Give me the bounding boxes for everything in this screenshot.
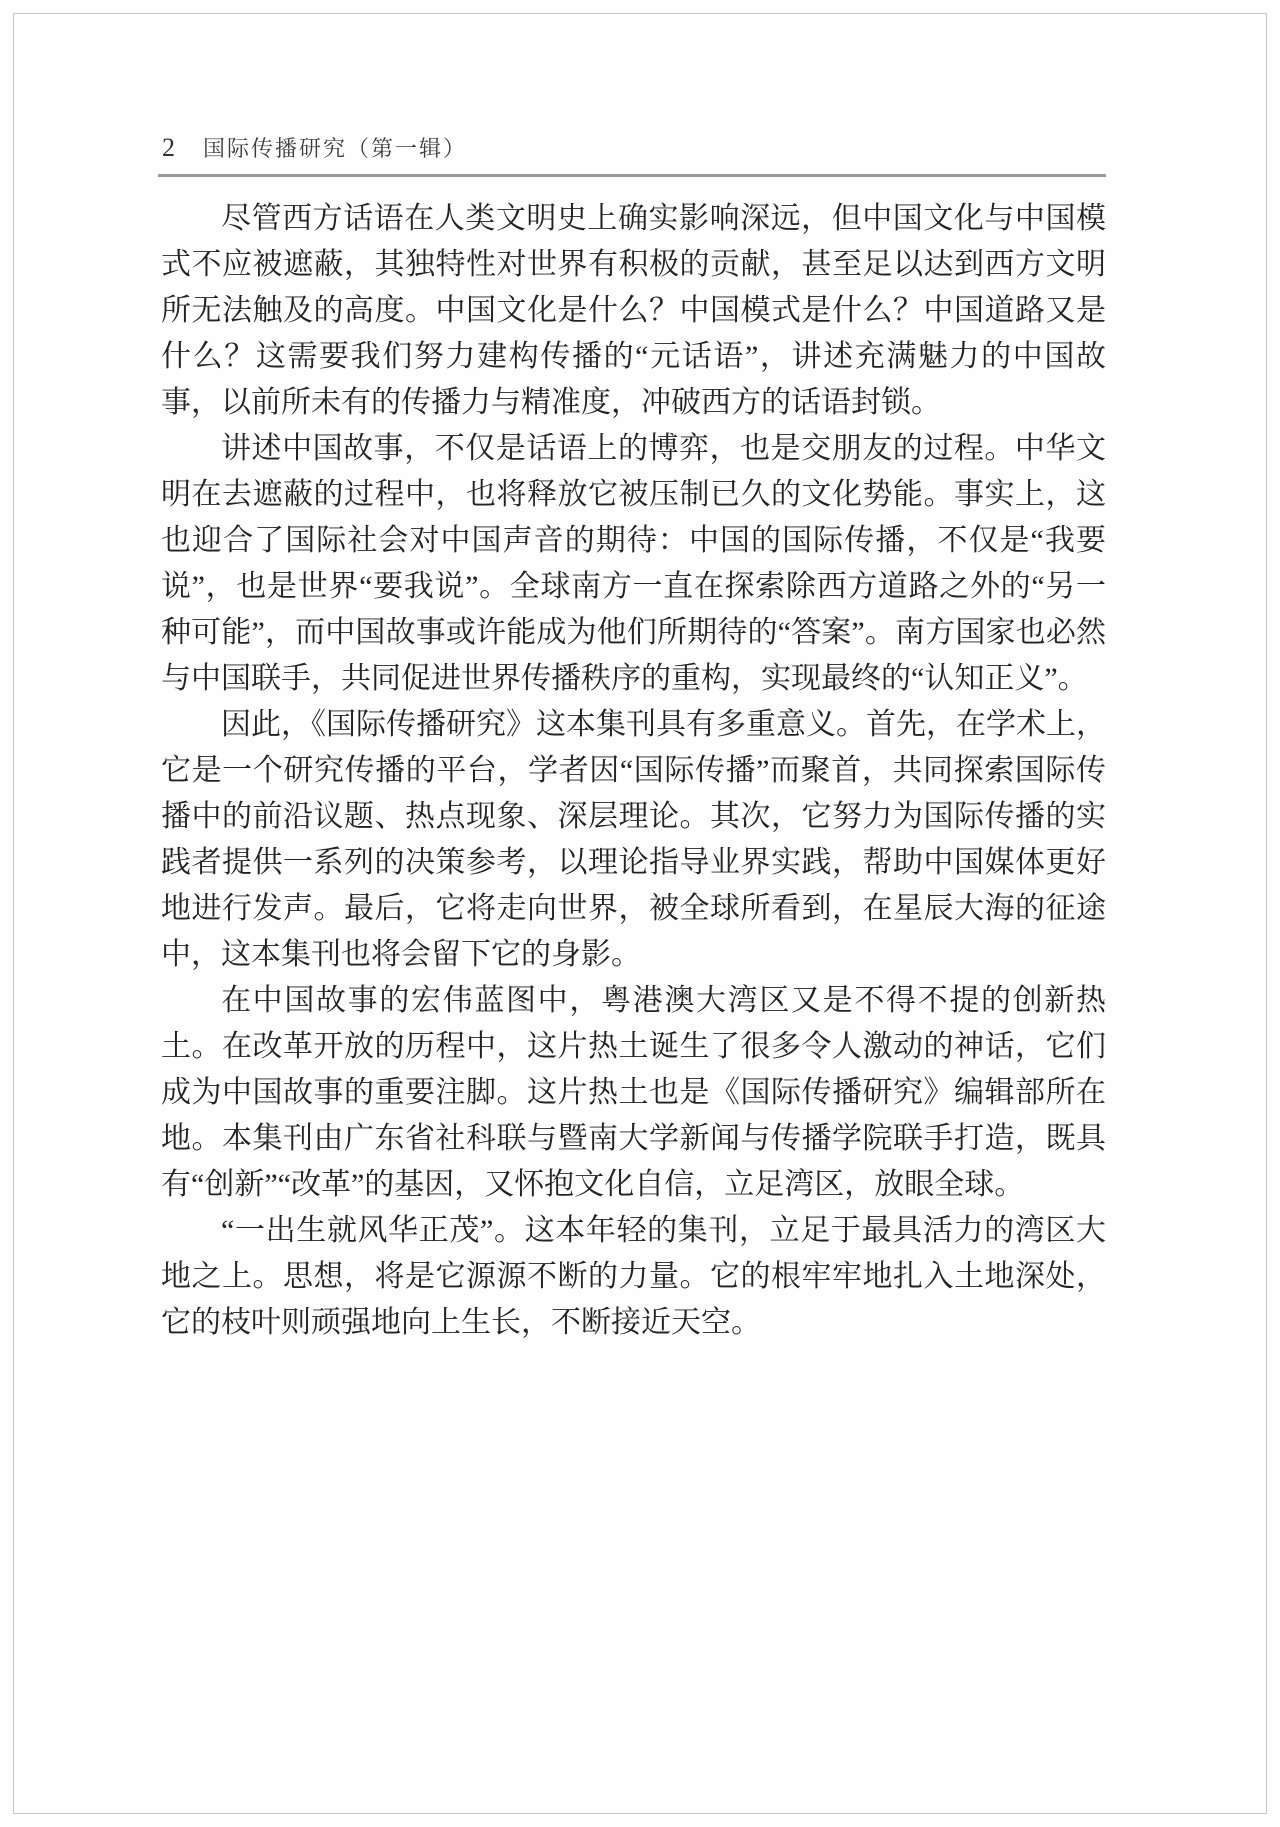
paragraph-5: “一出生就风华正茂”。这本年轻的集刊，立足于最具活力的湾区大地之上。思想，将是它… [161, 1208, 1106, 1346]
running-header: 2 国际传播研究（第一辑） [162, 132, 1108, 163]
header-divider-rule [158, 174, 1106, 177]
page-number: 2 [162, 133, 175, 163]
paragraph-1: 尽管西方话语在人类文明史上确实影响深远，但中国文化与中国模式不应被遮蔽，其独特性… [161, 196, 1106, 426]
paragraph-3: 因此，《国际传播研究》这本集刊具有多重意义。首先，在学术上，它是一个研究传播的平… [161, 702, 1106, 978]
running-title: 国际传播研究（第一辑） [203, 132, 467, 163]
paragraph-2: 讲述中国故事，不仅是话语上的博弈，也是交朋友的过程。中华文明在去遮蔽的过程中，也… [161, 426, 1106, 702]
body-text: 尽管西方话语在人类文明史上确实影响深远，但中国文化与中国模式不应被遮蔽，其独特性… [161, 196, 1106, 1346]
document-page: 2 国际传播研究（第一辑） 尽管西方话语在人类文明史上确实影响深远，但中国文化与… [0, 0, 1280, 1827]
paragraph-4: 在中国故事的宏伟蓝图中，粤港澳大湾区又是不得不提的创新热土。在改革开放的历程中，… [161, 978, 1106, 1208]
